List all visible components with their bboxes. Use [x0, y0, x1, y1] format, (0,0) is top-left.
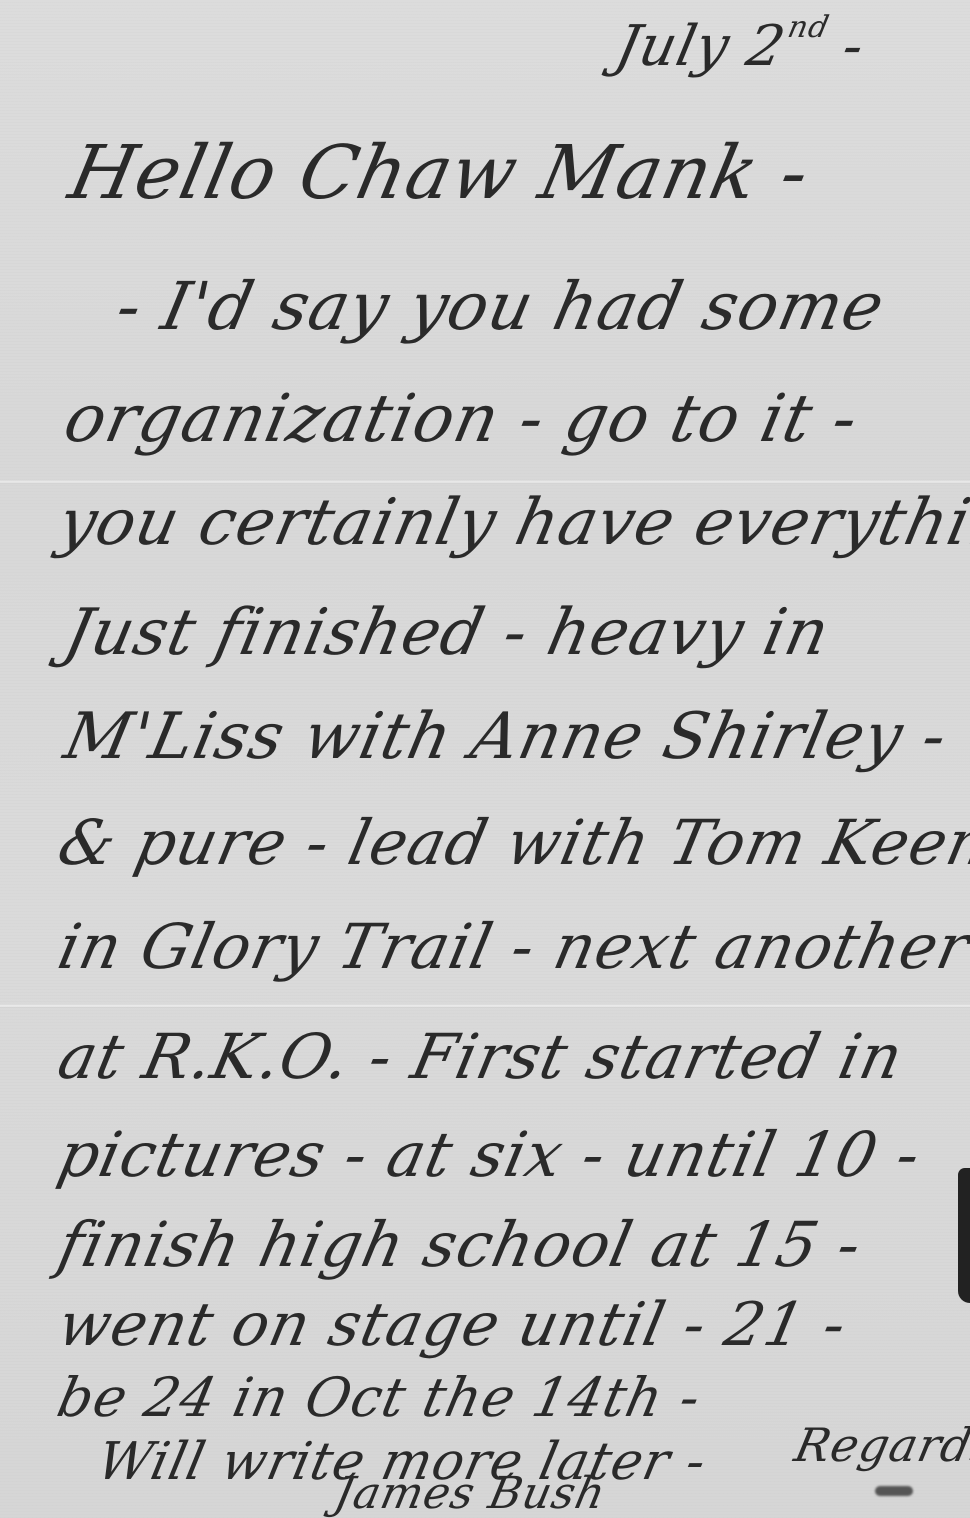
body-line: finish high school at 15 - — [52, 1208, 868, 1281]
body-line: at R.K.O. - First started in — [52, 1020, 910, 1093]
ink-smudge — [875, 1486, 913, 1496]
body-line: be 24 in Oct the 14th - — [52, 1366, 707, 1429]
body-line: M'Liss with Anne Shirley - — [58, 700, 954, 774]
date-text: July 2 — [610, 14, 791, 79]
body-line: & pure - lead with Tom Keene — [52, 806, 970, 879]
body-line: organization - go to it - — [58, 380, 865, 457]
body-line: went on stage until - 21 - — [52, 1290, 853, 1360]
paper-fold-line — [0, 1004, 970, 1008]
page-edge-shadow — [958, 1168, 970, 1303]
letter-date: July 2nd - — [610, 10, 871, 79]
signature: James Bush — [330, 1468, 611, 1518]
body-line: - I'd say you had some — [110, 268, 891, 345]
body-line: pictures - at six - until 10 - — [52, 1118, 927, 1191]
salutation: Hello Chaw Mank - — [62, 130, 817, 216]
body-line: in Glory Trail - next another — [52, 910, 970, 983]
body-line: you certainly have everything - — [52, 486, 970, 560]
paper-fold-line — [0, 480, 970, 484]
regards: Regards - — [790, 1418, 970, 1472]
body-line: Just finished - heavy in — [58, 596, 836, 670]
letter-page: July 2nd - Hello Chaw Mank - - I'd say y… — [0, 0, 970, 1518]
